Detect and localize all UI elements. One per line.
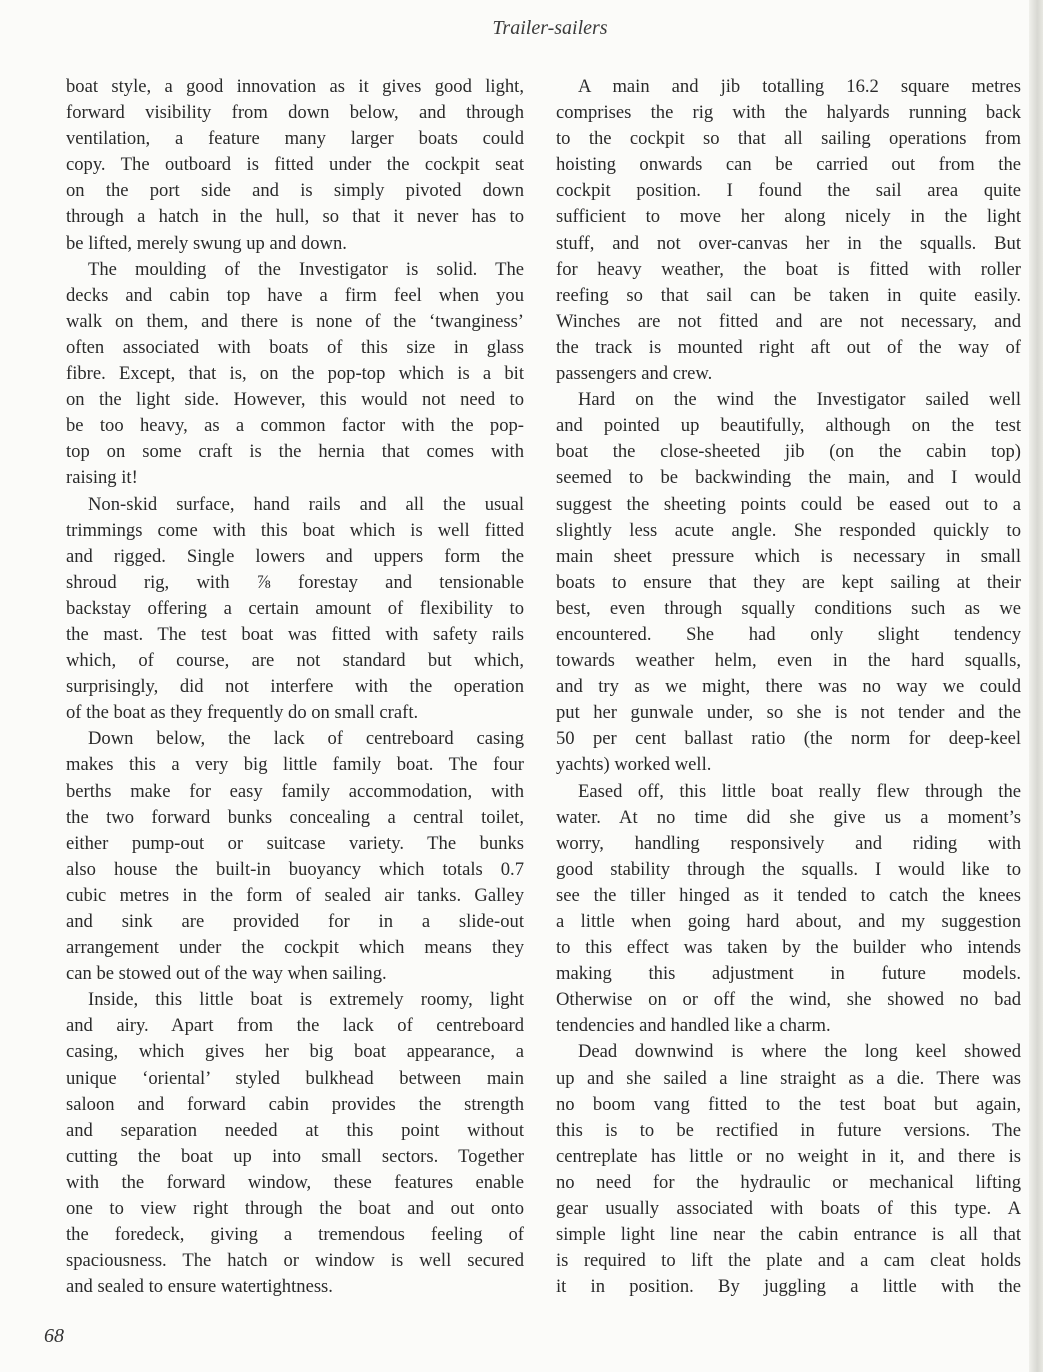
text-line: stuff, and not over-canvas her in the sq… [556,231,1021,257]
text-line: see the tiller hinged as it tended to ca… [556,883,1021,909]
text-line: and sink are provided for in a slide-out [66,909,524,935]
text-line: Non-skid surface, hand rails and all the… [66,492,524,518]
text-line: trimmings come with this boat which is w… [66,518,524,544]
text-line: arrangement under the cockpit which mean… [66,935,524,961]
text-line: walk on them, and there is none of the ‘… [66,309,524,335]
page-number: 68 [44,1325,64,1348]
text-line: Hard on the wind the Investigator sailed… [556,387,1021,413]
text-line: backstay offering a certain amount of fl… [66,596,524,622]
text-line: top on some craft is the hernia that com… [66,439,524,465]
text-line: can be stowed out of the way when sailin… [66,961,524,987]
text-line: casing, which gives her big boat appeara… [66,1039,524,1065]
left-column: boat style, a good innovation as it give… [66,74,524,1300]
text-line: no need for the hydraulic or mechanical … [556,1170,1021,1196]
text-line: the foredeck, giving a tremendous feelin… [66,1222,524,1248]
text-line: towards weather helm, even in the hard s… [556,648,1021,674]
text-line: forward visibility from down below, and … [66,100,524,126]
text-line: best, even through squally conditions su… [556,596,1021,622]
text-line: centreplate has little or no weight in i… [556,1144,1021,1170]
text-line: through a hatch in the hull, so that it … [66,204,524,230]
text-line: A main and jib totalling 16.2 square met… [556,74,1021,100]
text-line: and try as we might, there was no way we… [556,674,1021,700]
text-line: Down below, the lack of centreboard casi… [66,726,524,752]
text-line: The moulding of the Investigator is soli… [66,257,524,283]
text-line: is required to lift the plate and a cam … [556,1248,1021,1274]
text-line: unique ‘oriental’ styled bulkhead betwee… [66,1066,524,1092]
text-line: yachts) worked well. [556,752,1021,778]
text-line: sufficient to move her along nicely in t… [556,204,1021,230]
text-line: one to view right through the boat and o… [66,1196,524,1222]
text-line: good stability through the squalls. I wo… [556,857,1021,883]
text-line: decks and cabin top have a firm feel whe… [66,283,524,309]
text-line: worry, handling responsively and riding … [556,831,1021,857]
text-line: with the forward window, these features … [66,1170,524,1196]
text-line: encountered. She had only slight tendenc… [556,622,1021,648]
text-line: either pump-out or suitcase variety. The… [66,831,524,857]
text-line: the track is mounted right aft out of th… [556,335,1021,361]
text-line: boats to ensure that they are kept saili… [556,570,1021,596]
text-line: be too heavy, as a common factor with th… [66,413,524,439]
text-line: surprisingly, did not interfere with the… [66,674,524,700]
text-line: slightly less acute angle. She responded… [556,518,1021,544]
page-edge [1029,0,1043,1372]
text-line: spaciousness. The hatch or window is wel… [66,1248,524,1274]
text-line: cutting the boat up into small sectors. … [66,1144,524,1170]
text-line: Winches are not fitted and are not neces… [556,309,1021,335]
text-line: for heavy weather, the boat is fitted wi… [556,257,1021,283]
text-line: tendencies and handled like a charm. [556,1013,1021,1039]
text-line: cockpit position. I found the sail area … [556,178,1021,204]
text-line: simple light line near the cabin entranc… [556,1222,1021,1248]
text-line: which, of course, are not standard but w… [66,648,524,674]
text-line: and rigged. Single lowers and uppers for… [66,544,524,570]
text-line: put her gunwale under, so she is not ten… [556,700,1021,726]
text-line: and sealed to ensure watertightness. [66,1274,524,1300]
text-line: making this adjustment in future models. [556,961,1021,987]
text-line: and separation needed at this point with… [66,1118,524,1144]
text-line: up and she sailed a line straight as a d… [556,1066,1021,1092]
text-line: no boom vang fitted to the test boat but… [556,1092,1021,1118]
text-line: passengers and crew. [556,361,1021,387]
text-line: it in position. By juggling a little wit… [556,1274,1021,1300]
text-line: to this effect was taken by the builder … [556,935,1021,961]
text-line: fibre. Except, that is, on the pop-top w… [66,361,524,387]
right-column: A main and jib totalling 16.2 square met… [556,74,1021,1300]
text-line: to the cockpit so that all sailing opera… [556,126,1021,152]
text-line: Eased off, this little boat really flew … [556,779,1021,805]
text-line: also house the built-in buoyancy which t… [66,857,524,883]
text-line: and airy. Apart from the lack of centreb… [66,1013,524,1039]
text-line: shroud rig, with ⅞ forestay and tensiona… [66,570,524,596]
text-line: on the light side. However, this would n… [66,387,524,413]
text-line: Inside, this little boat is extremely ro… [66,987,524,1013]
text-line: seemed to be backwinding the main, and I… [556,465,1021,491]
text-line: saloon and forward cabin provides the st… [66,1092,524,1118]
text-line: comprises the rig with the halyards runn… [556,100,1021,126]
text-line: water. At no time did she give us a mome… [556,805,1021,831]
running-head: Trailer-sailers [0,17,1043,40]
text-line: boat style, a good innovation as it give… [66,74,524,100]
text-line: a little when going hard about, and my s… [556,909,1021,935]
text-line: copy. The outboard is fitted under the c… [66,152,524,178]
text-line: raising it! [66,465,524,491]
text-line: 50 per cent ballast ratio (the norm for … [556,726,1021,752]
text-line: reefing so that sail can be taken in qui… [556,283,1021,309]
text-line: boat the close-sheeted jib (on the cabin… [556,439,1021,465]
text-line: and pointed up beautifully, although on … [556,413,1021,439]
text-line: Otherwise on or off the wind, she showed… [556,987,1021,1013]
text-line: often associated with boats of this size… [66,335,524,361]
text-line: Dead downwind is where the long keel sho… [556,1039,1021,1065]
text-line: main sheet pressure which is necessary i… [556,544,1021,570]
text-line: be lifted, merely swung up and down. [66,231,524,257]
text-line: this is to be rectified in future versio… [556,1118,1021,1144]
text-line: the mast. The test boat was fitted with … [66,622,524,648]
text-line: the two forward bunks concealing a centr… [66,805,524,831]
text-line: on the port side and is simply pivoted d… [66,178,524,204]
text-line: ventilation, a feature many larger boats… [66,126,524,152]
text-line: suggest the sheeting points could be eas… [556,492,1021,518]
text-line: berths make for easy family accommodatio… [66,779,524,805]
text-line: hoisting onwards can be carried out from… [556,152,1021,178]
text-line: gear usually associated with boats of th… [556,1196,1021,1222]
text-line: cubic metres in the form of sealed air t… [66,883,524,909]
text-line: of the boat as they frequently do on sma… [66,700,524,726]
text-line: makes this a very big little family boat… [66,752,524,778]
